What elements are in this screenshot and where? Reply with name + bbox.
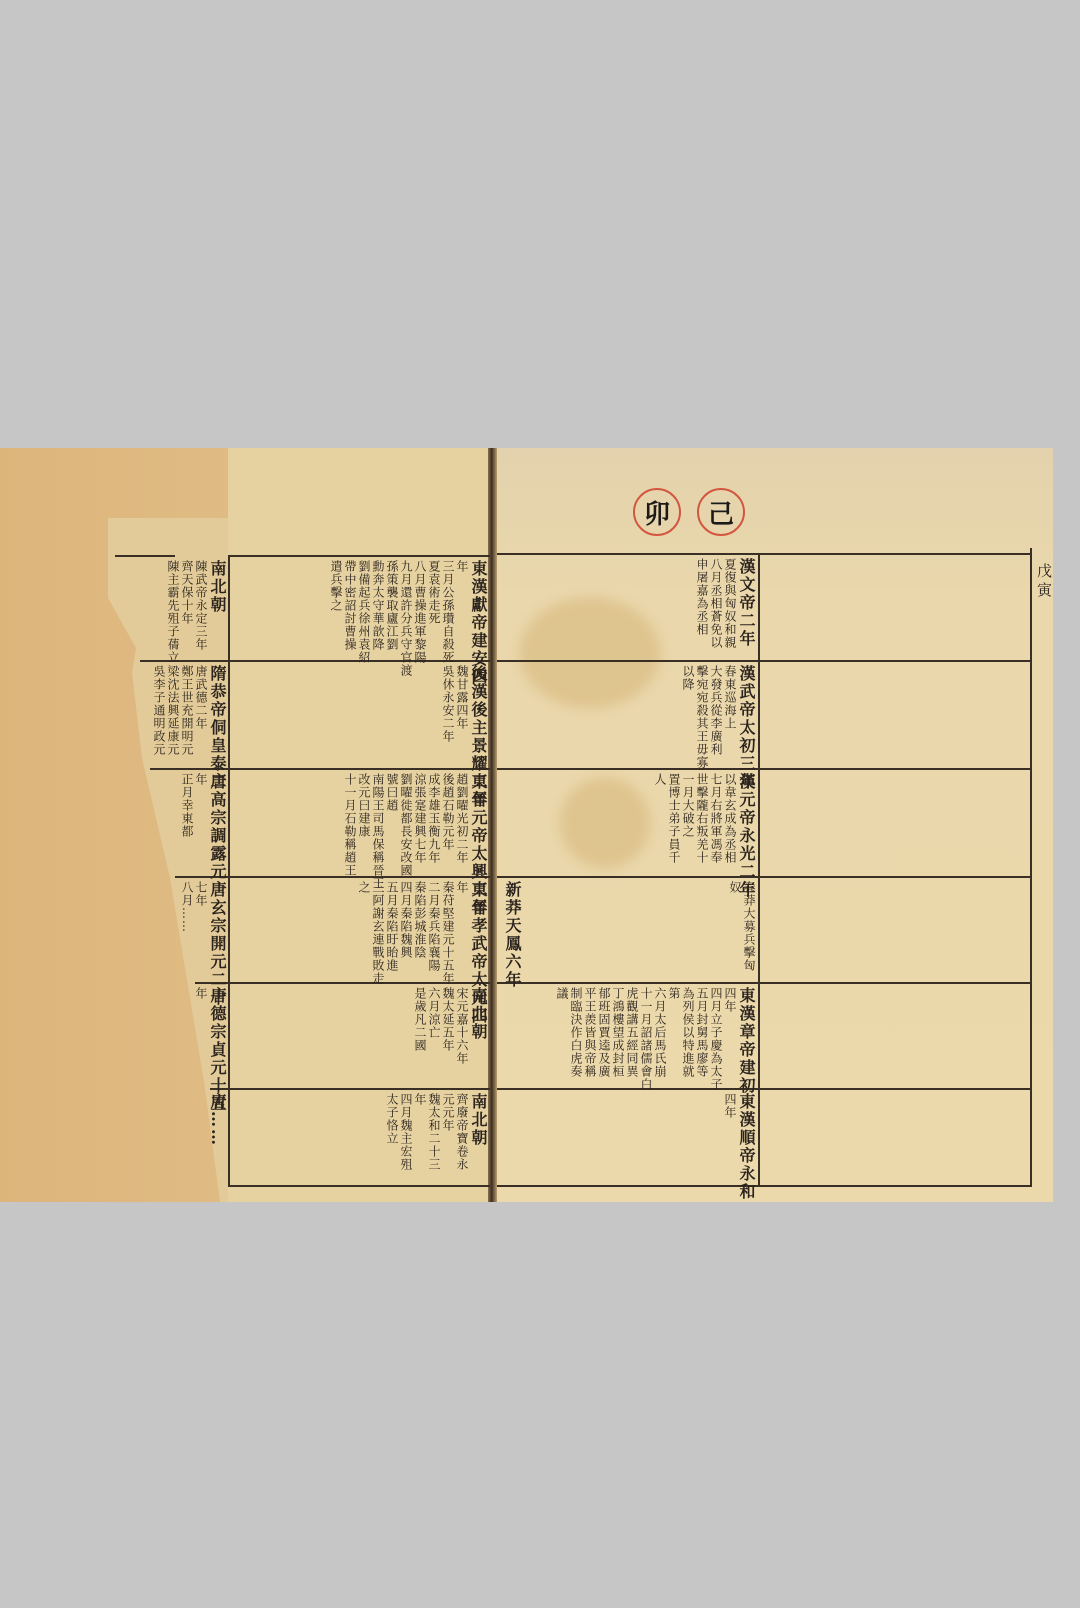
annotation-column: 劉備起兵徐州袁紹: [357, 560, 371, 686]
annotation-column: 四年: [723, 987, 737, 1095]
annotation-column: 置博士弟子員千: [667, 773, 681, 899]
water-stain: [520, 598, 660, 708]
annotation-column: 制臨決作白虎奏: [569, 987, 583, 1095]
annotation-column: 郁班固賈逵及廣: [597, 987, 611, 1095]
grid-line: [210, 1088, 490, 1090]
era-heading: 漢文帝二年: [737, 558, 756, 649]
era-heading: 南北朝: [469, 987, 488, 1065]
annotation-column: 宋元嘉十六年: [455, 987, 469, 1065]
annotation-column: 六月太后馬氏崩: [653, 987, 667, 1095]
annotation-column: 年: [194, 987, 208, 1113]
annotation-column: 丁鴻樓望成封桓: [611, 987, 625, 1095]
annotation-column: 第: [667, 987, 681, 1095]
annotation-column: 世擊隴右叛羌十: [695, 773, 709, 899]
annotation-column: 三阿謝玄連戰敗走: [371, 881, 385, 1025]
annotation-column: 齊廢帝寶卷永: [455, 1093, 469, 1171]
annotation-column: 遣兵擊之: [329, 560, 343, 686]
annotation-column: 為列侯以特進就: [681, 987, 695, 1095]
annotation-column: 七月右將軍馮奉: [709, 773, 723, 899]
margin-year-label: 戊寅: [1034, 563, 1053, 601]
entry-cell: 春莽大募兵擊匈奴: [728, 881, 756, 972]
grid-line: [497, 982, 1032, 984]
annotation-column: 夏袁術走死: [427, 560, 441, 686]
grid-line: [497, 660, 1032, 662]
water-stain: [560, 778, 650, 868]
entry-heading-left: 新莽天鳳六年: [503, 881, 522, 989]
annotation-column: 孫策襲取廬江劉: [385, 560, 399, 686]
grid-line: [115, 555, 175, 557]
grid-line: [228, 555, 230, 1187]
grid-line: [1030, 548, 1032, 1187]
era-heading: 東漢順帝永和: [737, 1093, 756, 1201]
grid-line: [497, 876, 1032, 878]
entry-cell: 東漢順帝永和四年: [723, 1093, 756, 1201]
grid-line: [758, 553, 760, 1187]
annotation-column: 一月大破之: [681, 773, 695, 899]
seal-ji: 己: [697, 488, 745, 536]
annotation-column: 議: [555, 987, 569, 1095]
annotation-column: 五月秦陷盱眙進: [385, 881, 399, 1025]
annotation-column: 夏復與匈奴和親: [723, 558, 737, 649]
annotation-column: 之: [357, 881, 371, 1025]
annotation-column: 魏太延五年: [441, 987, 455, 1065]
era-heading: 南北朝: [469, 1093, 488, 1171]
era-heading: 東漢章帝建初: [737, 987, 756, 1095]
annotation-column: 四月立子慶為太子: [709, 987, 723, 1095]
grid-line: [228, 1185, 490, 1187]
annotation-column: 六月涼亡: [427, 987, 441, 1065]
annotation-column: 是歲凡二國: [413, 987, 427, 1065]
grid-line: [497, 768, 1032, 770]
annotation-column: 平王羨皆與帝稱: [583, 987, 597, 1095]
annotation-column: 齊天保十年: [180, 560, 194, 664]
annotation-column: 八月……: [180, 881, 194, 1007]
annotation-column: 魏太和二十三: [427, 1093, 441, 1171]
annotation-column: 四月秦陷魏興: [399, 881, 413, 1025]
annotation-column: 年: [413, 1093, 427, 1171]
annotation-column: 八月丞相蒼免以: [709, 558, 723, 649]
grid-line: [497, 1185, 1032, 1187]
annotation-column: 人: [653, 773, 667, 899]
annotation-column: 八月曹操進軍黎陽: [413, 560, 427, 686]
annotation-column: 虎觀講五經同異: [625, 987, 639, 1095]
annotation-column: 年: [194, 773, 208, 881]
annotation-column: 五月封舅馬廖等: [695, 987, 709, 1095]
annotation-column: 四月魏主宏殂: [399, 1093, 413, 1171]
annotation-column: 十一月石勒稱趙王: [343, 773, 357, 917]
era-heading: 唐高宗調露元: [208, 773, 227, 881]
annotation-column: 元元年: [441, 1093, 455, 1171]
annotation-column: 吳李子通明政元: [152, 665, 166, 791]
seal-mao: 卯: [633, 488, 681, 536]
annotation-column: 申屠嘉為丞相: [695, 558, 709, 649]
fragment-cell: 唐……: [208, 1093, 227, 1147]
annotation-column: 梁沈法興延康元: [166, 665, 180, 791]
annotation-column: 九月還許分兵守官渡: [399, 560, 413, 686]
era-heading: 唐……: [208, 1093, 227, 1147]
era-heading: 新莽天鳳六年: [503, 881, 522, 989]
annotation-column: 十一月詔諸儒會白: [639, 987, 653, 1095]
annotation-column: 陳武帝永定三年: [194, 560, 208, 664]
fragment-cell: 南北朝陳武帝永定三年齊天保十年陳主霸先殂子蒨立: [166, 560, 227, 664]
annotation-column: 春莽大募兵擊匈: [742, 881, 756, 972]
annotation-column: 奴: [728, 881, 742, 972]
annotation-column: 帶中密詔討曹操: [343, 560, 357, 686]
entry-cell: 漢文帝二年夏復與匈奴和親八月丞相蒼免以申屠嘉為丞相: [695, 558, 756, 649]
grid-line: [228, 555, 490, 557]
entry-cell: 南北朝齊廢帝寶卷永元元年魏太和二十三年四月魏主宏殂太子恪立: [385, 1093, 488, 1171]
annotation-column: 陳主霸先殂子蒨立: [166, 560, 180, 664]
grid-line: [497, 553, 1032, 555]
book-spread-scan: 卯 己 戊寅 漢文帝二年夏復與匈奴和親八月丞相蒼免以申屠嘉為丞相 漢武帝太初三年…: [0, 448, 1053, 1202]
annotation-column: 四年: [723, 1093, 737, 1201]
era-heading: 南北朝: [208, 560, 227, 664]
annotation-column: 正月幸東都: [180, 773, 194, 881]
entry-cell: 東漢章帝建初四年四月立子慶為太子五月封舅馬廖等為列侯以特進就第六月太后馬氏崩十一…: [555, 987, 756, 1095]
entry-cell: 南北朝宋元嘉十六年魏太延五年六月涼亡是歲凡二國: [413, 987, 488, 1065]
annotation-column: 勳奔太守華歆降: [371, 560, 385, 686]
fragment-cell: 唐高宗調露元年正月幸東都: [180, 773, 227, 881]
annotation-column: 太子恪立: [385, 1093, 399, 1171]
